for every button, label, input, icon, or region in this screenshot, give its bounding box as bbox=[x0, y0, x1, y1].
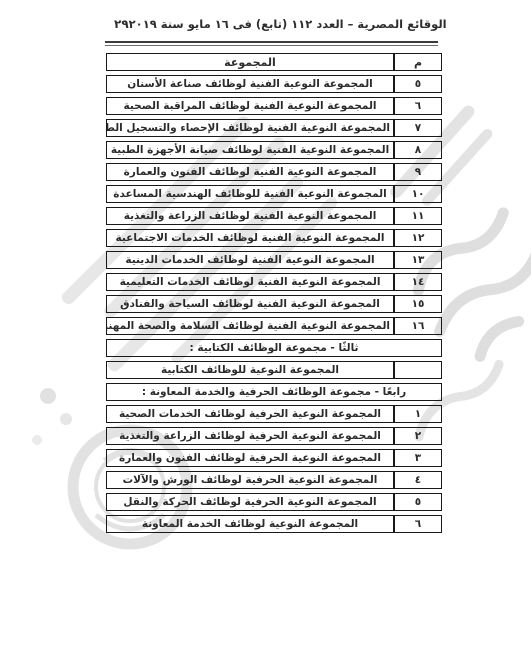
row-number-cell: ٩ bbox=[394, 163, 442, 181]
row-number-cell: ٢ bbox=[394, 427, 442, 445]
row-number-cell: ٨ bbox=[394, 141, 442, 159]
row-number-cell: ١١ bbox=[394, 207, 442, 225]
table-row: ٥المجموعة النوعية الحرفية لوظائف الحركة … bbox=[106, 493, 442, 511]
table-row: ١٥المجموعة النوعية الفنية لوظائف السياحة… bbox=[106, 295, 442, 313]
masthead-title: الوقائع المصرية – العدد ١١٢ (تابع) فى ١٦… bbox=[129, 17, 447, 31]
table-row: ٦المجموعة النوعية الفنية لوظائف المراقبة… bbox=[106, 97, 442, 115]
group-name-cell: المجموعة النوعية الفنية لوظائف صناعة الأ… bbox=[106, 75, 394, 93]
header-rule bbox=[105, 41, 438, 46]
group-name-cell: المجموعة النوعية الفنية لوظائف الفنون وا… bbox=[106, 163, 394, 181]
table-row: ٧المجموعة النوعية الفنية لوظائف الإحصاء … bbox=[106, 119, 442, 137]
group-name-cell: المجموعة النوعية الفنية لوظائف صيانة الأ… bbox=[106, 141, 394, 159]
table-row: ١١المجموعة النوعية الفنية لوظائف الزراعة… bbox=[106, 207, 442, 225]
table-row: ٢المجموعة النوعية الحرفية لوظائف الزراعة… bbox=[106, 427, 442, 445]
group-name-cell: المجموعة النوعية الفنية للوظائف الهندسية… bbox=[106, 185, 394, 203]
table-row: ١٦المجموعة النوعية الفنية لوظائف السلامة… bbox=[106, 317, 442, 335]
row-number-cell: ٧ bbox=[394, 119, 442, 137]
group-name-cell: المجموعة النوعية الفنية لوظائف الإحصاء و… bbox=[106, 119, 394, 137]
row-number-cell: ٥ bbox=[394, 75, 442, 93]
section-heading-row: ثالثًا - مجموعة الوظائف الكتابية : bbox=[106, 339, 442, 357]
row-number-cell: ٤ bbox=[394, 471, 442, 489]
group-name-cell: المجموعة النوعية الفنية لوظائف المراقبة … bbox=[106, 97, 394, 115]
page-number: ٢٩ bbox=[106, 17, 129, 31]
row-number-cell: ١٤ bbox=[394, 273, 442, 291]
table-row: ٨المجموعة النوعية الفنية لوظائف صيانة ال… bbox=[106, 141, 442, 159]
page-header: ٢٩ الوقائع المصرية – العدد ١١٢ (تابع) فى… bbox=[106, 17, 440, 31]
group-name-cell: المجموعة النوعية الحرفية لوظائف الحركة و… bbox=[106, 493, 394, 511]
table-row: ١٢المجموعة النوعية الفنية لوظائف الخدمات… bbox=[106, 229, 442, 247]
group-name-cell: المجموعة النوعية الحرفية لوظائف الورش وا… bbox=[106, 471, 394, 489]
gazette-scanned-page: ٢٩ الوقائع المصرية – العدد ١١٢ (تابع) فى… bbox=[0, 0, 531, 652]
section-heading: رابعًا - مجموعة الوظائف الحرفية والخدمة … bbox=[106, 383, 442, 401]
group-name-cell: المجموعة النوعية الفنية لوظائف السياحة و… bbox=[106, 295, 394, 313]
table-row: ٥المجموعة النوعية الفنية لوظائف صناعة ال… bbox=[106, 75, 442, 93]
group-name-cell: المجموعة النوعية للوظائف الكتابية bbox=[106, 361, 394, 379]
row-number-cell: ١٠ bbox=[394, 185, 442, 203]
group-name-cell: المجموعة النوعية الفنية لوظائف السلامة و… bbox=[106, 317, 394, 335]
group-name-cell: المجموعة النوعية الفنية لوظائف الخدمات ا… bbox=[106, 229, 394, 247]
row-number-cell: ١٥ bbox=[394, 295, 442, 313]
group-name-cell: المجموعة النوعية الحرفية لوظائف الخدمات … bbox=[106, 405, 394, 423]
row-number-cell: ١٢ bbox=[394, 229, 442, 247]
table-row: ١٠المجموعة النوعية الفنية للوظائف الهندس… bbox=[106, 185, 442, 203]
section-heading-row: رابعًا - مجموعة الوظائف الحرفية والخدمة … bbox=[106, 383, 442, 401]
column-header-number: م bbox=[394, 53, 442, 71]
table-row: ٤المجموعة النوعية الحرفية لوظائف الورش و… bbox=[106, 471, 442, 489]
group-name-cell: المجموعة النوعية الفنية لوظائف الخدمات ا… bbox=[106, 251, 394, 269]
job-groups-table: م المجموعة ٥المجموعة النوعية الفنية لوظا… bbox=[106, 49, 442, 537]
group-name-cell: المجموعة النوعية الفنية لوظائف الزراعة و… bbox=[106, 207, 394, 225]
table-row: ٣المجموعة النوعية الحرفية لوظائف الفنون … bbox=[106, 449, 442, 467]
section-heading: ثالثًا - مجموعة الوظائف الكتابية : bbox=[106, 339, 442, 357]
row-number-cell: ٦ bbox=[394, 515, 442, 533]
group-name-cell: المجموعة النوعية الفنية لوظائف الخدمات ا… bbox=[106, 273, 394, 291]
table-header-row: م المجموعة bbox=[106, 53, 442, 71]
group-name-cell: المجموعة النوعية الحرفية لوظائف الزراعة … bbox=[106, 427, 394, 445]
table-row: المجموعة النوعية للوظائف الكتابية bbox=[106, 361, 442, 379]
group-name-cell: المجموعة النوعية لوظائف الخدمة المعاونة bbox=[106, 515, 394, 533]
column-header-group: المجموعة bbox=[106, 53, 394, 71]
table-row: ٩المجموعة النوعية الفنية لوظائف الفنون و… bbox=[106, 163, 442, 181]
row-number-cell: ١٣ bbox=[394, 251, 442, 269]
row-number-cell: ٦ bbox=[394, 97, 442, 115]
row-number-cell: ١٦ bbox=[394, 317, 442, 335]
row-number-cell bbox=[394, 361, 442, 379]
group-name-cell: المجموعة النوعية الحرفية لوظائف الفنون و… bbox=[106, 449, 394, 467]
row-number-cell: ١ bbox=[394, 405, 442, 423]
table-row: ٦المجموعة النوعية لوظائف الخدمة المعاونة bbox=[106, 515, 442, 533]
row-number-cell: ٣ bbox=[394, 449, 442, 467]
table-row: ١٣المجموعة النوعية الفنية لوظائف الخدمات… bbox=[106, 251, 442, 269]
row-number-cell: ٥ bbox=[394, 493, 442, 511]
table-row: ١المجموعة النوعية الحرفية لوظائف الخدمات… bbox=[106, 405, 442, 423]
table-row: ١٤المجموعة النوعية الفنية لوظائف الخدمات… bbox=[106, 273, 442, 291]
